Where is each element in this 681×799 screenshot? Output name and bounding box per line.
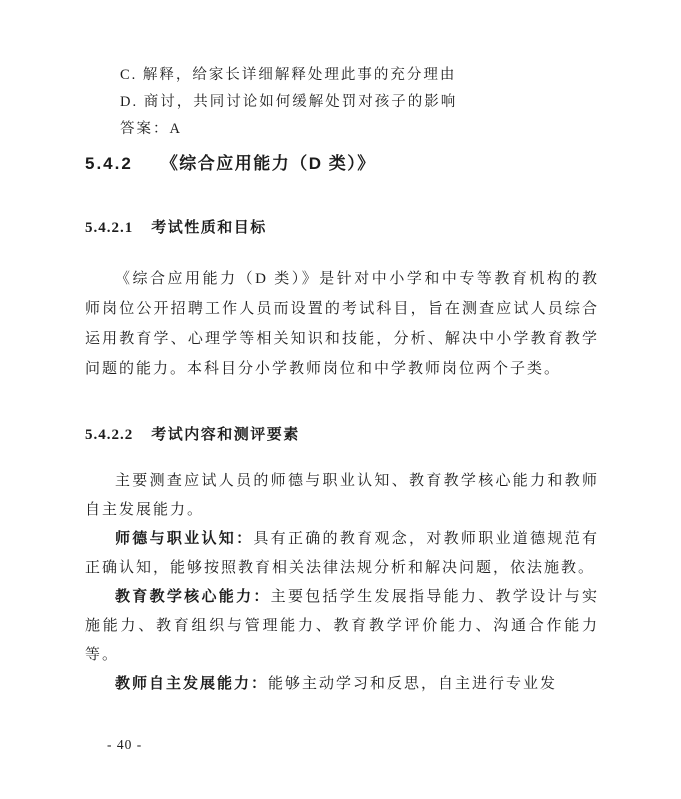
exam-content-block: 主要测查应试人员的师德与职业认知、教育教学核心能力和教师自主发展能力。 师德与职… — [85, 467, 599, 699]
section-title: 考试性质和目标 — [151, 220, 267, 236]
document-page: C. 解释，给家长详细解释处理此事的充分理由 D. 商讨，共同讨论如何缓解处罚对… — [0, 0, 681, 799]
section-heading-5422: 5.4.2.2考试内容和测评要素 — [85, 424, 599, 446]
intro-paragraph: 主要测查应试人员的师德与职业认知、教育教学核心能力和教师自主发展能力。 — [85, 467, 599, 525]
answer-options-block: C. 解释，给家长详细解释处理此事的充分理由 D. 商讨，共同讨论如何缓解处罚对… — [85, 62, 634, 143]
ability-item: 教育教学核心能力：主要包括学生发展指导能力、教学设计与实施能力、教育组织与管理能… — [85, 583, 599, 670]
section-number: 5.4.2.1 — [85, 220, 133, 236]
option-d: D. 商讨，共同讨论如何缓解处罚对孩子的影响 — [120, 89, 634, 116]
ability-item: 师德与职业认知：具有正确的教育观念，对教师职业道德规范有正确认知，能够按照教育相… — [85, 525, 599, 583]
exam-nature-paragraph: 《综合应用能力（D 类）》是针对中小学和中专等教育机构的教师岗位公开招聘工作人员… — [85, 264, 599, 384]
section-title: 《综合应用能力（D 类）》 — [161, 154, 376, 173]
section-number: 5.4.2.2 — [85, 427, 133, 443]
ability-desc: 能够主动学习和反思，自主进行专业发 — [268, 676, 557, 692]
page-number: - 40 - — [85, 737, 621, 753]
answer-line: 答案：A — [120, 116, 634, 143]
ability-term: 教师自主发展能力： — [115, 676, 268, 692]
section-heading-542: 5.4.2《综合应用能力（D 类）》 — [85, 152, 599, 176]
section-heading-5421: 5.4.2.1考试性质和目标 — [85, 217, 599, 239]
ability-item: 教师自主发展能力：能够主动学习和反思，自主进行专业发 — [85, 670, 599, 699]
ability-term: 师德与职业认知： — [115, 531, 253, 547]
section-title: 考试内容和测评要素 — [151, 427, 300, 443]
option-c: C. 解释，给家长详细解释处理此事的充分理由 — [120, 62, 634, 89]
paragraph-text: 《综合应用能力（D 类）》是针对中小学和中专等教育机构的教师岗位公开招聘工作人员… — [85, 264, 599, 384]
section-number: 5.4.2 — [85, 154, 133, 173]
ability-term: 教育教学核心能力： — [115, 589, 271, 605]
